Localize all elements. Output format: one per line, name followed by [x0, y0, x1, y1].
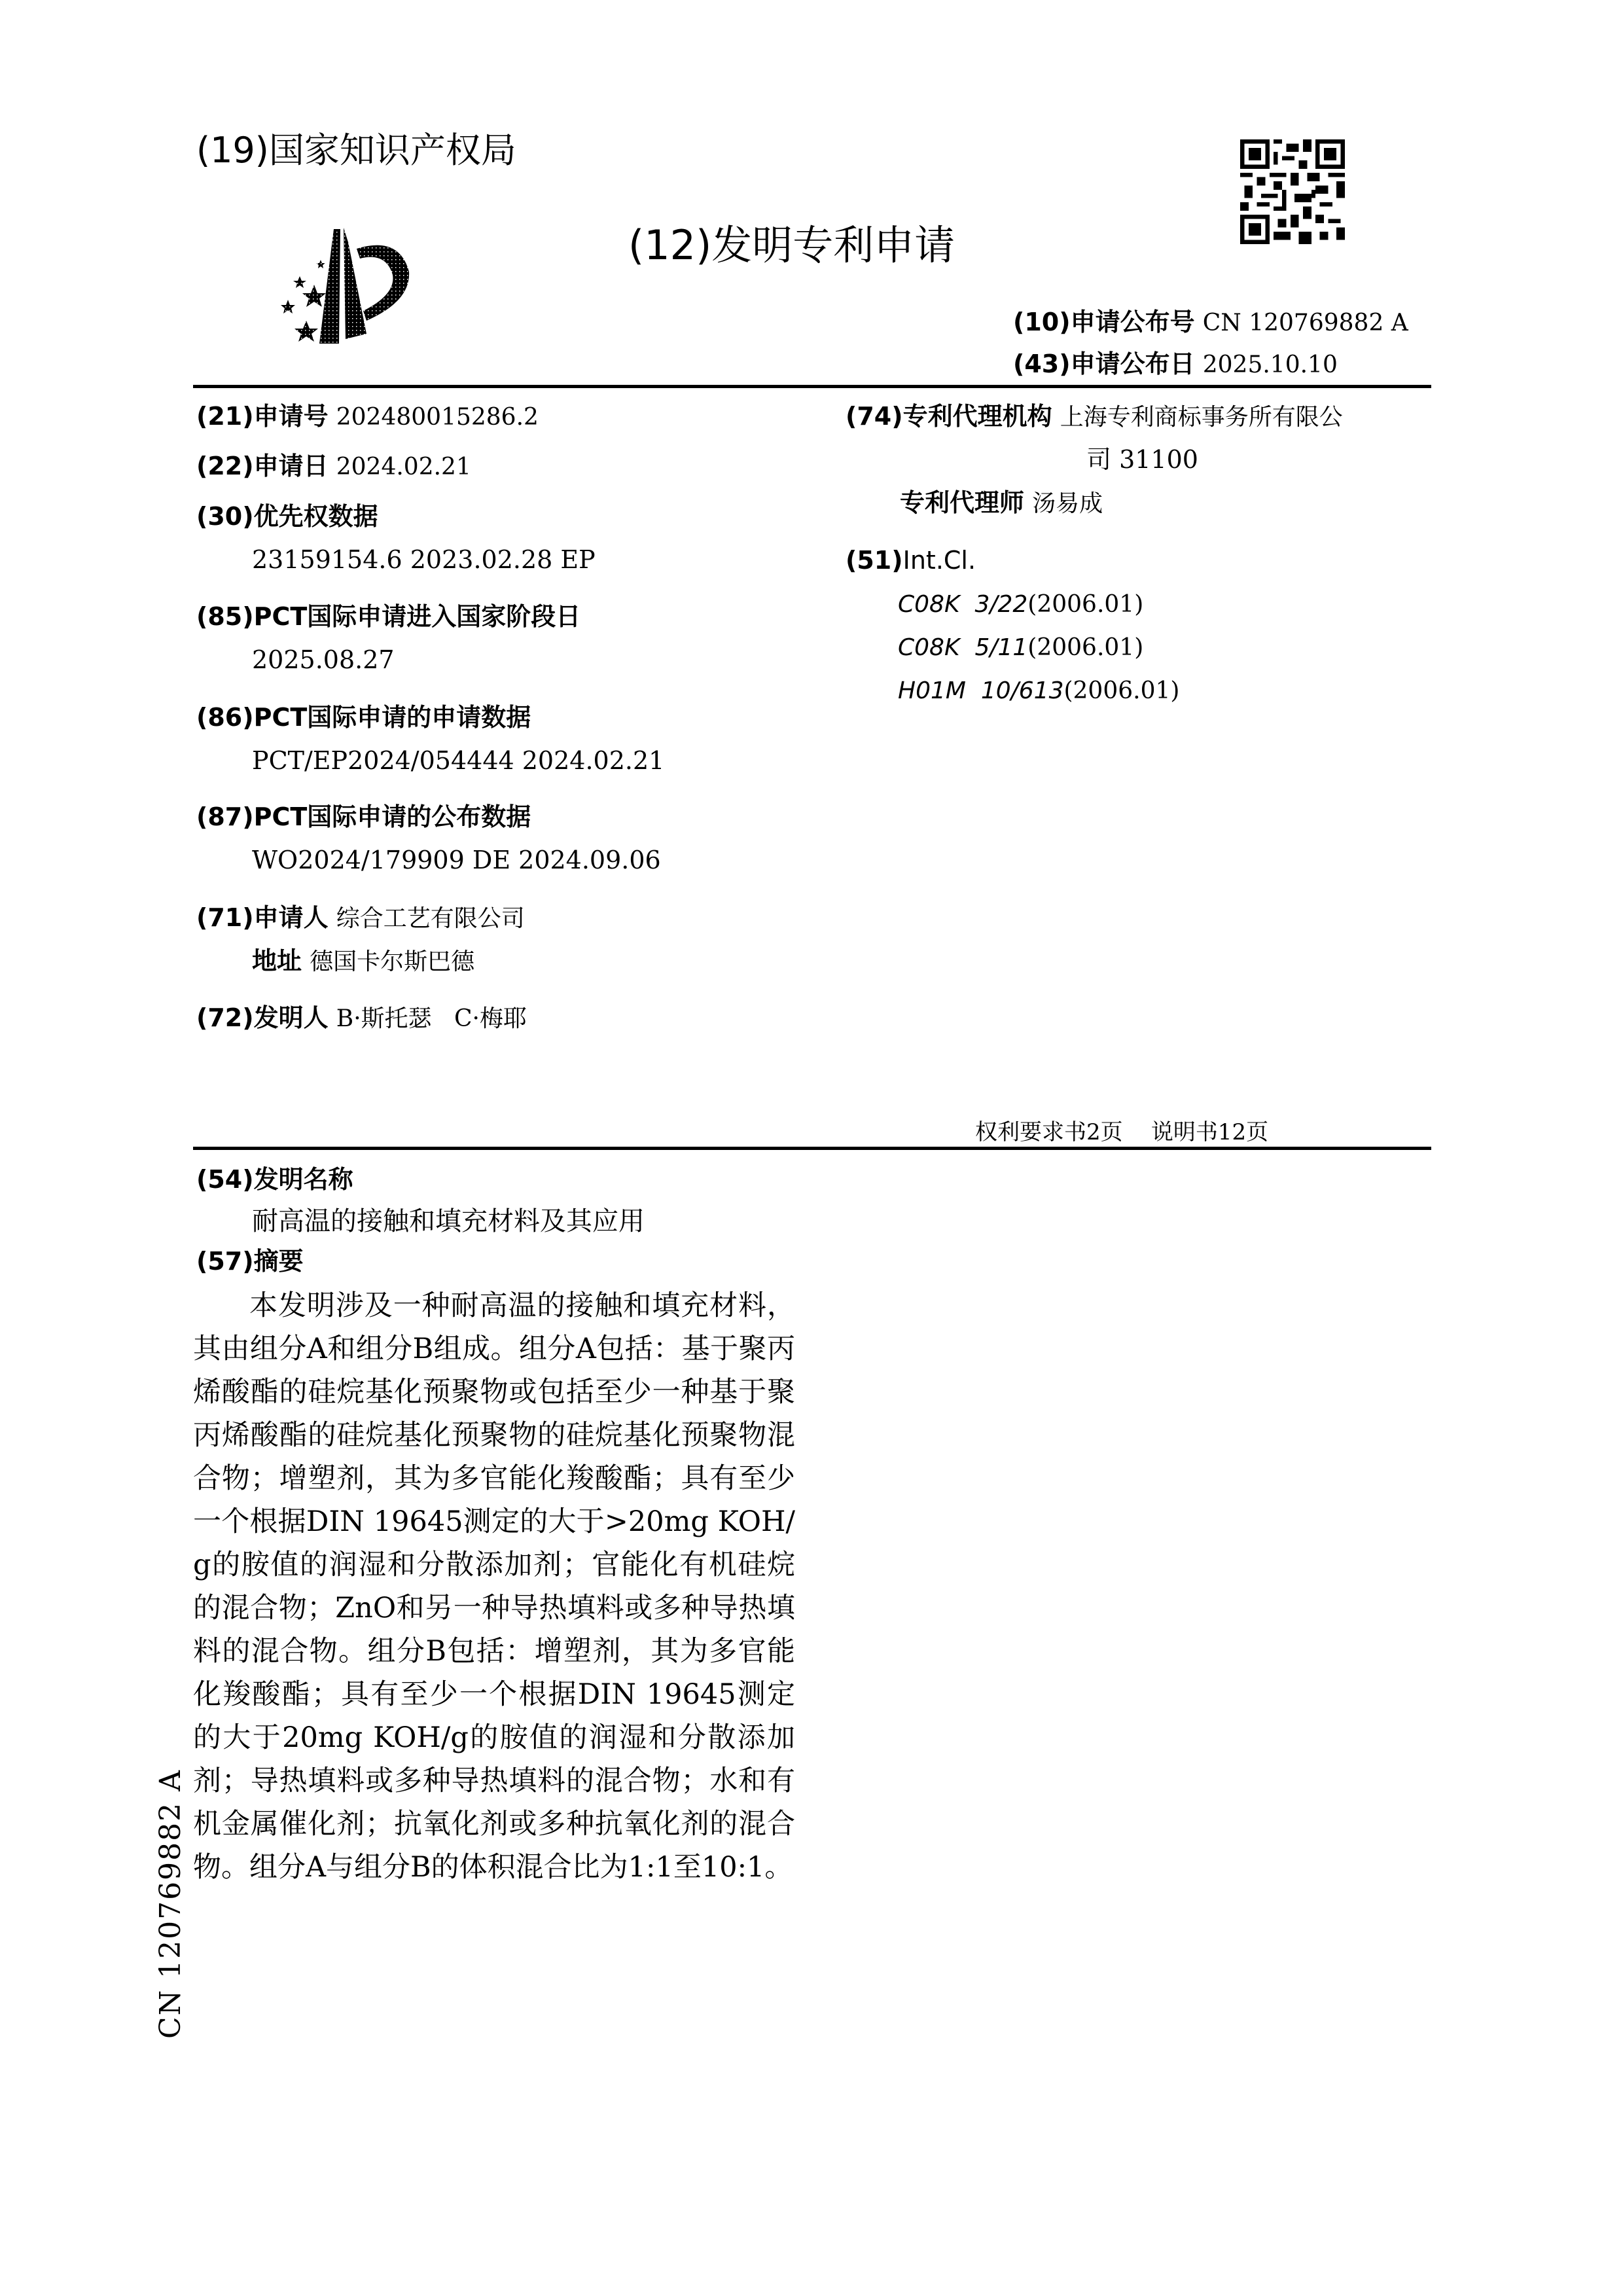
application-date: (22)申请日 2024.02.21: [196, 452, 471, 482]
ipc-version: (2006.01): [1063, 677, 1179, 704]
field-value: 汤易成: [1032, 490, 1103, 517]
field-label: 优先权数据: [254, 502, 378, 531]
abstract-heading: (57)摘要: [196, 1247, 304, 1276]
patent-agency-continued: 司 31100: [1086, 445, 1198, 474]
ipc-version: (2006.01): [1027, 634, 1143, 661]
pct-app-value: PCT/EP2024/054444 2024.02.21: [252, 746, 664, 775]
field-label: PCT国际申请的申请数据: [254, 703, 531, 732]
field-label: Int.Cl.: [903, 546, 976, 575]
ipc-version: (2006.01): [1027, 591, 1143, 618]
field-label: 发明名称: [254, 1165, 353, 1194]
field-label: 申请人: [254, 903, 329, 932]
inventors: (72)发明人 B·斯托瑟 C·梅耶: [196, 1003, 527, 1033]
pub-no-label: 申请公布号: [1071, 308, 1195, 336]
application-number: (21)申请号 202480015286.2: [196, 402, 539, 432]
qr-code-icon: [1239, 139, 1346, 244]
field-value: 德国卡尔斯巴德: [310, 948, 474, 975]
priority-data: (30)优先权数据: [196, 502, 378, 531]
ipc-class: H01M 10/613: [898, 677, 1063, 704]
abstract-text: 本发明涉及一种耐高温的接触和填充材料，其由组分A和组分B组成。组分A包括：基于聚…: [193, 1284, 795, 1889]
publication-number: (10)申请公布号 CN 120769882 A: [1013, 308, 1408, 338]
ipc-item: H01M 10/613(2006.01): [898, 675, 1179, 706]
field-label: 申请日: [254, 452, 329, 480]
middle-divider: [193, 1147, 1431, 1150]
pub-date-label: 申请公布日: [1071, 350, 1195, 378]
field-code: (51): [846, 546, 903, 575]
ipc-item: C08K 3/22(2006.01): [898, 589, 1143, 619]
field-value: 综合工艺有限公司: [336, 905, 525, 932]
field-code: (54): [196, 1165, 254, 1194]
office-name: 国家知识产权局: [269, 130, 516, 171]
field-label: 地址: [252, 946, 302, 975]
field-label: 发明人: [254, 1003, 329, 1032]
publication-date: (43)申请公布日 2025.10.10: [1013, 350, 1338, 380]
side-publication-number: CN 120769882 A: [154, 1769, 187, 2039]
office-heading: (19)国家知识产权局: [196, 131, 516, 170]
field-value: 202480015286.2: [336, 404, 539, 431]
priority-value: 23159154.6 2023.02.28 EP: [252, 545, 596, 574]
pct-entry-value: 2025.08.27: [252, 645, 395, 674]
ipc-heading: (51)Int.Cl.: [846, 546, 976, 575]
cnipa-logo-icon: [268, 223, 425, 344]
field-code: (21): [196, 402, 254, 431]
field-value: 2024.02.21: [336, 454, 471, 480]
pct-national-entry: (85)PCT国际申请进入国家阶段日: [196, 602, 580, 631]
pub-no-value: CN 120769882 A: [1203, 310, 1408, 336]
doc-type-code: (12): [628, 221, 711, 269]
field-label: 摘要: [254, 1247, 304, 1276]
pct-application-data: (86)PCT国际申请的申请数据: [196, 703, 531, 732]
doc-type: 发明专利申请: [711, 221, 955, 269]
field-label: PCT国际申请进入国家阶段日: [254, 602, 581, 631]
invention-title: 耐高温的接触和填充材料及其应用: [252, 1206, 645, 1237]
field-code: (72): [196, 1003, 254, 1032]
field-label: 申请号: [254, 402, 329, 431]
applicant-address: 地址 德国卡尔斯巴德: [252, 946, 474, 977]
top-divider: [193, 385, 1431, 388]
office-code: (19): [196, 130, 269, 171]
ipc-class: C08K 3/22: [898, 591, 1027, 618]
field-code: (74): [846, 402, 903, 431]
field-label: 专利代理师: [900, 488, 1024, 517]
ipc-item: C08K 5/11(2006.01): [898, 632, 1143, 662]
field-value: 上海专利商标事务所有限公: [1060, 404, 1343, 431]
pct-publication-data: (87)PCT国际申请的公布数据: [196, 802, 531, 831]
field-code: (87): [196, 802, 254, 831]
patent-agent: 专利代理师 汤易成: [900, 488, 1103, 518]
field-code: (57): [196, 1247, 254, 1276]
pub-date-code: (43): [1013, 350, 1071, 378]
field-code: (71): [196, 903, 254, 932]
field-code: (85): [196, 602, 254, 631]
applicant: (71)申请人 综合工艺有限公司: [196, 903, 525, 933]
field-code: (22): [196, 452, 254, 480]
pub-date-value: 2025.10.10: [1203, 351, 1338, 378]
field-label: PCT国际申请的公布数据: [254, 802, 531, 831]
field-code: (30): [196, 502, 254, 531]
field-value: B·斯托瑟 C·梅耶: [336, 1005, 527, 1032]
page-counts: 权利要求书2页 说明书12页: [975, 1114, 1268, 1146]
ipc-class: C08K 5/11: [898, 634, 1027, 661]
pub-no-code: (10): [1013, 308, 1071, 336]
invention-title-heading: (54)发明名称: [196, 1165, 353, 1194]
patent-agency: (74)专利代理机构 上海专利商标事务所有限公: [846, 402, 1343, 432]
field-label: 专利代理机构: [903, 402, 1052, 431]
pct-pub-value: WO2024/179909 DE 2024.09.06: [252, 846, 661, 874]
field-code: (86): [196, 703, 254, 732]
document-type-heading: (12)发明专利申请: [628, 223, 955, 268]
